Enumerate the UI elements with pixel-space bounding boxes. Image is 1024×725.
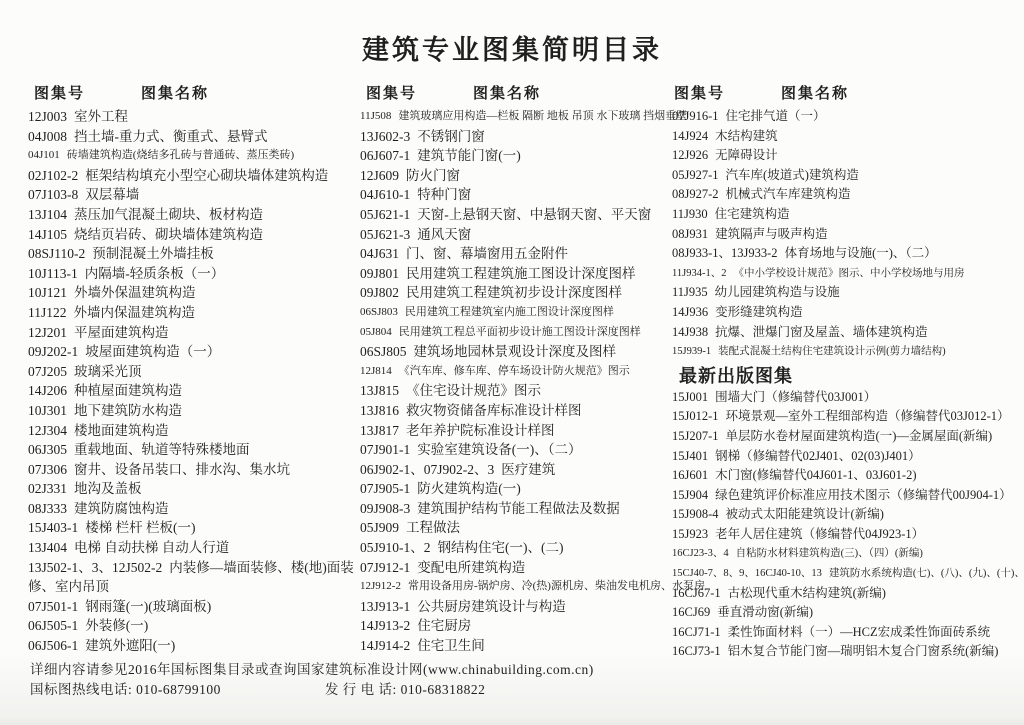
catalog-entry: 06SJ805建筑场地园林景观设计深度及图样 (360, 342, 672, 362)
atlas-name: 坡屋面建筑构造（一） (85, 344, 220, 359)
catalog-entry: 12J304楼地面建筑构造 (28, 421, 360, 441)
atlas-code: 14J914-2 (360, 638, 410, 653)
atlas-name: 垂直滑动窗(新编) (717, 605, 813, 619)
atlas-name: 环境景观—室外工程细部构造（修编替代03J012-1） (726, 409, 1010, 423)
atlas-code: 14J913-2 (360, 618, 410, 633)
atlas-name: 常用设备用房-锅炉房、冷(热)源机房、柴油发电机房、水泵房 (408, 580, 705, 592)
atlas-name: 木结构建筑 (715, 129, 778, 143)
atlas-code: 14J938 (672, 325, 708, 339)
atlas-name: 平屋面建筑构造 (74, 325, 169, 340)
section-title: 最新出版图集 (672, 362, 1024, 388)
atlas-code: 06J607-1 (360, 148, 410, 163)
atlas-code: 05J621-1 (360, 207, 410, 222)
atlas-code: 12J003 (28, 109, 67, 124)
atlas-name: 电梯 自动扶梯 自动人行道 (74, 540, 229, 555)
atlas-code: 07J205 (28, 364, 67, 379)
atlas-name: 装配式混凝土结构住宅建筑设计示例(剪力墙结构) (718, 346, 946, 357)
atlas-code: 13J816 (360, 403, 399, 418)
atlas-name: 《中小学校设计规范》图示、中小学校场地与用房 (733, 268, 964, 279)
catalog-entry: 14J936变形缝建筑构造 (672, 303, 1024, 323)
atlas-code: 06J902-1、07J902-2、3 (360, 462, 494, 477)
atlas-code: 15J207-1 (672, 429, 719, 443)
atlas-name: 建筑防水系统构造(七)、(八)、(九)、(十)、（十三） (829, 568, 1024, 579)
catalog-entry: 04J101砖墙建筑构造(烧结多孔砖与普通砖、蒸压类砖) (28, 146, 360, 166)
atlas-code: 07J905-1 (360, 481, 410, 496)
atlas-name: 框架结构填充小型空心砌块墙体建筑构造 (85, 168, 328, 183)
catalog-entry: 04J631门、窗、幕墙窗用五金附件 (360, 244, 672, 264)
atlas-name: 防火门窗 (406, 168, 460, 183)
atlas-name: 种植屋面建筑构造 (74, 383, 182, 398)
entry-list-1: 12J003室外工程 04J008挡土墙-重力式、衡重式、悬臂式 04J101砖… (28, 107, 360, 656)
atlas-name: 变配电所建筑构造 (417, 560, 525, 575)
catalog-entry: 11J122外墙内保温建筑构造 (28, 303, 360, 323)
atlas-name: 医疗建筑 (501, 462, 555, 477)
catalog-entry: 09J802民用建筑工程建筑初步设计深度图样 (360, 283, 672, 303)
atlas-name: 地沟及盖板 (74, 481, 142, 496)
atlas-name: 楼梯 栏杆 栏板(一) (85, 520, 195, 535)
atlas-name: 钢梯（修编替代02J401、02(03)J401） (715, 449, 921, 463)
catalog-entry: 05J621-1天窗-上悬钢天窗、中悬钢天窗、平天窗 (360, 205, 672, 225)
catalog-entry: 14J206种植屋面建筑构造 (28, 381, 360, 401)
catalog-entry: 09J202-1坡屋面建筑构造（一） (28, 342, 360, 362)
atlas-code: 06J305 (28, 442, 67, 457)
catalog-entry: 07J306窗井、设备吊装口、排水沟、集水坑 (28, 460, 360, 480)
catalog-entry: 12J609防火门窗 (360, 166, 672, 186)
atlas-code: 15J012-1 (672, 409, 719, 423)
atlas-name: 无障碍设计 (715, 148, 778, 162)
catalog-entry: 13J602-3不锈钢门窗 (360, 127, 672, 147)
atlas-code: 15J923 (672, 527, 708, 541)
catalog-entry: 15CJ40-7、8、9、16CJ40-10、13建筑防水系统构造(七)、(八)… (672, 564, 1024, 584)
atlas-name: 变形缝建筑构造 (715, 305, 803, 319)
atlas-code: 13J913-1 (360, 599, 410, 614)
entry-list-2: 11J508建筑玻璃应用构造—栏板 隔断 地板 吊顶 水下玻璃 挡烟垂壁 13J… (360, 107, 672, 656)
catalog-entry: 13J104蒸压加气混凝土砌块、板材构造 (28, 205, 360, 225)
atlas-name: 防火建筑构造(一) (417, 481, 521, 496)
catalog-entry: 16CJ71-1柔性饰面材料（一）—HCZ宏成柔性饰面砖系统 (672, 623, 1024, 643)
atlas-name: 公共厨房建筑设计与构造 (417, 599, 566, 614)
atlas-code: 02J331 (28, 481, 67, 496)
atlas-code: 10J301 (28, 403, 67, 418)
catalog-entry: 11J934-1、2《中小学校设计规范》图示、中小学校场地与用房 (672, 264, 1024, 284)
catalog-entry: 12J003室外工程 (28, 107, 360, 127)
catalog-entry: 06J305重载地面、轨道等特殊楼地面 (28, 440, 360, 460)
catalog-entry: 14J105烧结页岩砖、砌块墙体建筑构造 (28, 225, 360, 245)
columns-container: 图集号 图集名称 12J003室外工程 04J008挡土墙-重力式、衡重式、悬臂… (0, 67, 1024, 662)
atlas-name: 室外工程 (74, 109, 128, 124)
atlas-name: 古松现代重木结构建筑(新编) (728, 586, 886, 600)
atlas-code: 16CJ23-3、4 (672, 548, 729, 559)
catalog-entry: 08J933-1、13J933-2体育场地与设施(一)、（二） (672, 244, 1024, 264)
catalog-entry: 08J333建筑防腐蚀构造 (28, 499, 360, 519)
atlas-code: 08J931 (672, 227, 708, 241)
atlas-code: 13J404 (28, 540, 67, 555)
catalog-entry: 04J610-1特种门窗 (360, 185, 672, 205)
atlas-name: 内隔墙-轻质条板（一） (85, 266, 225, 281)
catalog-entry: 11J930住宅建筑构造 (672, 205, 1024, 225)
footer-phones: 国标图热线电话: 010-68799100 发 行 电 话: 010-68318… (30, 680, 594, 700)
atlas-name: 建筑围护结构节能工程做法及数据 (417, 501, 620, 516)
catalog-page: 建筑专业图集简明目录 图集号 图集名称 12J003室外工程 04J008挡土墙… (0, 0, 1024, 725)
atlas-name: 机械式汽车库建筑构造 (726, 187, 851, 201)
atlas-name: 砖墙建筑构造(烧结多孔砖与普通砖、蒸压类砖) (67, 149, 294, 161)
column-header: 图集号 图集名称 (360, 83, 672, 105)
atlas-code: 16CJ71-1 (672, 625, 721, 639)
atlas-name: 烧结页岩砖、砌块墙体建筑构造 (74, 227, 263, 242)
catalog-entry: 06J505-1外装修(一) (28, 616, 360, 636)
catalog-entry: 15J012-1环境景观—室外工程细部构造（修编替代03J012-1） (672, 407, 1024, 427)
page-footer: 详细内容请参见2016年国标图集目录或查询国家建筑标准设计网(www.china… (30, 660, 594, 700)
atlas-code: 12J609 (360, 168, 399, 183)
atlas-code: 13J602-3 (360, 129, 410, 144)
column-header-name: 图集名称 (781, 83, 849, 105)
atlas-name: 被动式太阳能建筑设计(新编) (726, 507, 884, 521)
atlas-name: 抗爆、泄爆门窗及屋盖、墙体建筑构造 (715, 325, 928, 339)
catalog-entry: 05J804民用建筑工程总平面初步设计施工图设计深度图样 (360, 323, 672, 343)
atlas-code: 07J306 (28, 462, 67, 477)
atlas-code: 15J401 (672, 449, 708, 463)
atlas-code: 12J814 (360, 365, 392, 377)
atlas-code: 09J801 (360, 266, 399, 281)
catalog-entry: 13J817老年养护院标准设计样图 (360, 421, 672, 441)
catalog-entry: 14J913-2住宅厨房 (360, 616, 672, 636)
column-header-code: 图集号 (674, 83, 725, 105)
atlas-code: 07J103-8 (28, 187, 78, 202)
catalog-entry: 16CJ67-1古松现代重木结构建筑(新编) (672, 584, 1024, 604)
atlas-code: 07J501-1 (28, 599, 78, 614)
atlas-name: 玻璃采光顶 (74, 364, 142, 379)
column-header: 图集号 图集名称 (672, 83, 1024, 105)
atlas-code: 13J104 (28, 207, 67, 222)
catalog-entry: 12J926无障碍设计 (672, 146, 1024, 166)
catalog-entry: 07J501-1钢雨篷(一)(玻璃面板) (28, 597, 360, 617)
atlas-name: 体育场地与设施(一)、（二） (785, 246, 937, 260)
atlas-code: 02J102-2 (28, 168, 78, 183)
catalog-entry: 06J607-1建筑节能门窗(一) (360, 146, 672, 166)
atlas-code: 12J201 (28, 325, 67, 340)
catalog-entry: 05J910-1、2钢结构住宅(一)、(二) (360, 538, 672, 558)
atlas-code: 12J304 (28, 423, 67, 438)
atlas-name: 实验室建筑设备(一)、（二） (417, 442, 581, 457)
atlas-code: 16CJ73-1 (672, 644, 721, 658)
atlas-name: 工程做法 (406, 520, 460, 535)
atlas-code: 05J909 (360, 520, 399, 535)
catalog-column-3: 图集号 图集名称 07J916-1住宅排气道（一） 14J924木结构建筑 12… (672, 83, 1024, 662)
atlas-code: 05J621-3 (360, 227, 410, 242)
catalog-entry: 08SJ110-2预制混凝土外墙挂板 (28, 244, 360, 264)
catalog-column-2: 图集号 图集名称 11J508建筑玻璃应用构造—栏板 隔断 地板 吊顶 水下玻璃… (360, 83, 672, 656)
catalog-entry: 09J908-3建筑围护结构节能工程做法及数据 (360, 499, 672, 519)
catalog-entry: 14J914-2住宅卫生间 (360, 636, 672, 656)
sales-phone: 发 行 电 话: 010-68318822 (325, 680, 486, 700)
atlas-code: 15J939-1 (672, 346, 711, 357)
atlas-name: 木门窗(修编替代04J601-1、03J601-2) (715, 468, 916, 482)
atlas-code: 14J924 (672, 129, 708, 143)
catalog-entry: 15J939-1装配式混凝土结构住宅建筑设计示例(剪力墙结构) (672, 342, 1024, 362)
atlas-name: 幼儿园建筑构造与设施 (715, 285, 840, 299)
atlas-name: 住宅卫生间 (417, 638, 485, 653)
catalog-entry: 13J913-1公共厨房建筑设计与构造 (360, 597, 672, 617)
atlas-name: 建筑玻璃应用构造—栏板 隔断 地板 吊顶 水下玻璃 挡烟垂壁 (398, 110, 687, 122)
atlas-code: 08J333 (28, 501, 67, 516)
catalog-entry: 14J924木结构建筑 (672, 127, 1024, 147)
atlas-code: 13J815 (360, 383, 399, 398)
atlas-name: 老年养护院标准设计样图 (406, 423, 555, 438)
atlas-name: 外墙外保温建筑构造 (74, 285, 196, 300)
atlas-code: 14J105 (28, 227, 67, 242)
atlas-name: 通风天窗 (417, 227, 471, 242)
atlas-code: 14J936 (672, 305, 708, 319)
catalog-entry: 10J113-1内隔墙-轻质条板（一） (28, 264, 360, 284)
catalog-entry: 14J938抗爆、泄爆门窗及屋盖、墙体建筑构造 (672, 323, 1024, 343)
catalog-entry: 09J801民用建筑工程建筑施工图设计深度图样 (360, 264, 672, 284)
column-header: 图集号 图集名称 (28, 83, 360, 105)
atlas-code: 15J001 (672, 390, 708, 404)
atlas-name: 柔性饰面材料（一）—HCZ宏成柔性饰面砖系统 (728, 625, 991, 639)
atlas-code: 04J101 (28, 149, 60, 161)
atlas-code: 16CJ69 (672, 605, 710, 619)
catalog-entry: 13J815《住宅设计规范》图示 (360, 381, 672, 401)
atlas-name: 不锈钢门窗 (417, 129, 485, 144)
atlas-name: 建筑隔声与吸声构造 (715, 227, 828, 241)
catalog-entry: 16CJ73-1铝木复合节能门窗—瑞明铝木复合门窗系统(新编) (672, 642, 1024, 662)
entry-list-3: 07J916-1住宅排气道（一） 14J924木结构建筑 12J926无障碍设计… (672, 107, 1024, 662)
atlas-name: 单层防水卷材屋面建筑构造(一)—金属屋面(新编) (726, 429, 993, 443)
catalog-entry: 15J207-1单层防水卷材屋面建筑构造(一)—金属屋面(新编) (672, 427, 1024, 447)
catalog-entry: 15J001围墙大门（修编替代03J001） (672, 388, 1024, 408)
atlas-code: 09J908-3 (360, 501, 410, 516)
atlas-name: 最新出版图集 (679, 366, 793, 386)
atlas-name: 民用建筑工程建筑施工图设计深度图样 (406, 266, 636, 281)
catalog-entry: 15J923老年人居住建筑（修编替代04J923-1） (672, 525, 1024, 545)
atlas-name: 《住宅设计规范》图示 (406, 383, 541, 398)
atlas-name: 铝木复合节能门窗—瑞明铝木复合门窗系统(新编) (728, 644, 999, 658)
atlas-code: 05J804 (360, 326, 392, 338)
atlas-code: 06J506-1 (28, 638, 78, 653)
column-header-code: 图集号 (34, 83, 85, 105)
atlas-name: 救灾物资储备库标准设计样图 (406, 403, 582, 418)
atlas-name: 绿色建筑评价标准应用技术图示（修编替代00J904-1） (715, 488, 1012, 502)
catalog-entry: 06J506-1建筑外遮阳(一) (28, 636, 360, 656)
catalog-entry: 05J927-1汽车库(坡道式)建筑构造 (672, 166, 1024, 186)
atlas-name: 汽车库(坡道式)建筑构造 (726, 168, 859, 182)
atlas-code: 08SJ110-2 (28, 246, 85, 261)
catalog-entry: 07J901-1实验室建筑设备(一)、（二） (360, 440, 672, 460)
footer-note: 详细内容请参见2016年国标图集目录或查询国家建筑标准设计网(www.china… (30, 660, 594, 680)
atlas-name: 外装修(一) (85, 618, 148, 633)
catalog-entry: 13J502-1、3、12J502-2内装修—墙面装修、楼(地)面装修、室内吊顶 (28, 558, 360, 597)
atlas-name: 建筑场地园林景观设计深度及图样 (414, 344, 617, 359)
catalog-entry: 10J121外墙外保温建筑构造 (28, 283, 360, 303)
column-header-name: 图集名称 (141, 83, 209, 105)
atlas-code: 05J910-1、2 (360, 540, 431, 555)
atlas-code: 08J933-1、13J933-2 (672, 246, 778, 260)
atlas-code: 13J502-1、3、12J502-2 (28, 560, 162, 575)
catalog-entry: 13J816救灾物资储备库标准设计样图 (360, 401, 672, 421)
atlas-code: 06SJ805 (360, 344, 407, 359)
atlas-name: 天窗-上悬钢天窗、中悬钢天窗、平天窗 (417, 207, 651, 222)
atlas-name: 地下建筑防水构造 (74, 403, 182, 418)
catalog-entry: 07J916-1住宅排气道（一） (672, 107, 1024, 127)
atlas-name: 钢结构住宅(一)、(二) (438, 540, 564, 555)
catalog-entry: 06J902-1、07J902-2、3医疗建筑 (360, 460, 672, 480)
atlas-name: 双层幕墙 (85, 187, 139, 202)
atlas-code: 10J121 (28, 285, 67, 300)
atlas-code: 04J610-1 (360, 187, 410, 202)
atlas-code: 16CJ67-1 (672, 586, 721, 600)
atlas-name: 住宅厨房 (417, 618, 471, 633)
atlas-name: 住宅排气道（一） (726, 109, 826, 123)
page-title: 建筑专业图集简明目录 (0, 0, 1024, 67)
atlas-code: 15J403-1 (28, 520, 78, 535)
atlas-name: 民用建筑工程总平面初步设计施工图设计深度图样 (399, 326, 641, 338)
catalog-entry: 04J008挡土墙-重力式、衡重式、悬臂式 (28, 127, 360, 147)
catalog-entry: 06SJ803民用建筑工程建筑室内施工图设计深度图样 (360, 303, 672, 323)
atlas-code: 06SJ803 (360, 306, 398, 318)
catalog-entry: 02J102-2框架结构填充小型空心砌块墙体建筑构造 (28, 166, 360, 186)
atlas-code: 15J904 (672, 488, 708, 502)
atlas-code: 06J505-1 (28, 618, 78, 633)
atlas-name: 楼地面建筑构造 (74, 423, 169, 438)
catalog-entry: 16J601木门窗(修编替代04J601-1、03J601-2) (672, 466, 1024, 486)
atlas-name: 老年人居住建筑（修编替代04J923-1） (715, 527, 924, 541)
catalog-entry: 08J927-2机械式汽车库建筑构造 (672, 185, 1024, 205)
catalog-entry: 10J301地下建筑防水构造 (28, 401, 360, 421)
atlas-name: 住宅建筑构造 (715, 207, 790, 221)
atlas-name: 自粘防水材料建筑构造(三)、（四）(新编) (736, 548, 923, 559)
catalog-column-1: 图集号 图集名称 12J003室外工程 04J008挡土墙-重力式、衡重式、悬臂… (28, 83, 360, 656)
catalog-entry: 12J814《汽车库、修车库、停车场设计防火规范》图示 (360, 362, 672, 382)
column-header-code: 图集号 (366, 83, 417, 105)
catalog-entry: 12J912-2常用设备用房-锅炉房、冷(热)源机房、柴油发电机房、水泵房 (360, 577, 672, 597)
atlas-name: 重载地面、轨道等特殊楼地面 (74, 442, 250, 457)
atlas-name: 围墙大门（修编替代03J001） (715, 390, 876, 404)
catalog-entry: 05J621-3通风天窗 (360, 225, 672, 245)
atlas-code: 04J631 (360, 246, 399, 261)
catalog-entry: 15J401钢梯（修编替代02J401、02(03)J401） (672, 447, 1024, 467)
atlas-code: 13J817 (360, 423, 399, 438)
catalog-entry: 12J201平屋面建筑构造 (28, 323, 360, 343)
catalog-entry: 16CJ69垂直滑动窗(新编) (672, 603, 1024, 623)
atlas-name: 建筑防腐蚀构造 (74, 501, 169, 516)
atlas-code: 14J206 (28, 383, 67, 398)
atlas-name: 民用建筑工程建筑室内施工图设计深度图样 (405, 306, 614, 318)
catalog-entry: 07J205玻璃采光顶 (28, 362, 360, 382)
catalog-entry: 07J905-1防火建筑构造(一) (360, 479, 672, 499)
atlas-name: 预制混凝土外墙挂板 (92, 246, 214, 261)
atlas-code: 07J901-1 (360, 442, 410, 457)
catalog-entry: 11J935幼儿园建筑构造与设施 (672, 283, 1024, 303)
catalog-entry: 05J909工程做法 (360, 518, 672, 538)
catalog-entry: 13J404电梯 自动扶梯 自动人行道 (28, 538, 360, 558)
atlas-name: 建筑外遮阳(一) (85, 638, 175, 653)
atlas-code: 12J926 (672, 148, 708, 162)
atlas-code: 07J912-1 (360, 560, 410, 575)
atlas-code: 09J802 (360, 285, 399, 300)
atlas-code: 15CJ40-7、8、9、16CJ40-10、13 (672, 568, 822, 579)
atlas-code: 04J008 (28, 129, 67, 144)
atlas-name: 门、窗、幕墙窗用五金附件 (406, 246, 568, 261)
atlas-code: 11J122 (28, 305, 67, 320)
atlas-code: 12J912-2 (360, 580, 401, 592)
catalog-entry: 07J912-1变配电所建筑构造 (360, 558, 672, 578)
atlas-name: 钢雨篷(一)(玻璃面板) (85, 599, 211, 614)
atlas-code: 11J935 (672, 285, 708, 299)
atlas-name: 挡土墙-重力式、衡重式、悬臂式 (74, 129, 268, 144)
atlas-name: 民用建筑工程建筑初步设计深度图样 (406, 285, 622, 300)
atlas-code: 11J930 (672, 207, 708, 221)
atlas-code: 11J508 (360, 110, 391, 122)
atlas-code: 07J916-1 (672, 109, 719, 123)
hotline-phone: 国标图热线电话: 010-68799100 (30, 680, 221, 700)
atlas-code: 15J908-4 (672, 507, 719, 521)
atlas-code: 16J601 (672, 468, 708, 482)
atlas-name: 特种门窗 (417, 187, 471, 202)
atlas-name: 窗井、设备吊装口、排水沟、集水坑 (74, 462, 290, 477)
atlas-name: 外墙内保温建筑构造 (74, 305, 196, 320)
catalog-entry: 16CJ23-3、4自粘防水材料建筑构造(三)、（四）(新编) (672, 544, 1024, 564)
catalog-entry: 15J908-4被动式太阳能建筑设计(新编) (672, 505, 1024, 525)
catalog-entry: 15J403-1楼梯 栏杆 栏板(一) (28, 518, 360, 538)
catalog-entry: 08J931建筑隔声与吸声构造 (672, 225, 1024, 245)
atlas-code: 11J934-1、2 (672, 268, 726, 279)
catalog-entry: 02J331地沟及盖板 (28, 479, 360, 499)
atlas-name: 《汽车库、修车库、停车场设计防火规范》图示 (399, 365, 630, 377)
catalog-entry: 15J904绿色建筑评价标准应用技术图示（修编替代00J904-1） (672, 486, 1024, 506)
atlas-code: 08J927-2 (672, 187, 719, 201)
catalog-entry: 11J508建筑玻璃应用构造—栏板 隔断 地板 吊顶 水下玻璃 挡烟垂壁 (360, 107, 672, 127)
atlas-code: 09J202-1 (28, 344, 78, 359)
atlas-code: 05J927-1 (672, 168, 719, 182)
atlas-name: 建筑节能门窗(一) (417, 148, 521, 163)
atlas-name: 蒸压加气混凝土砌块、板材构造 (74, 207, 263, 222)
column-header-name: 图集名称 (473, 83, 541, 105)
catalog-entry: 07J103-8双层幕墙 (28, 185, 360, 205)
atlas-code: 10J113-1 (28, 266, 78, 281)
